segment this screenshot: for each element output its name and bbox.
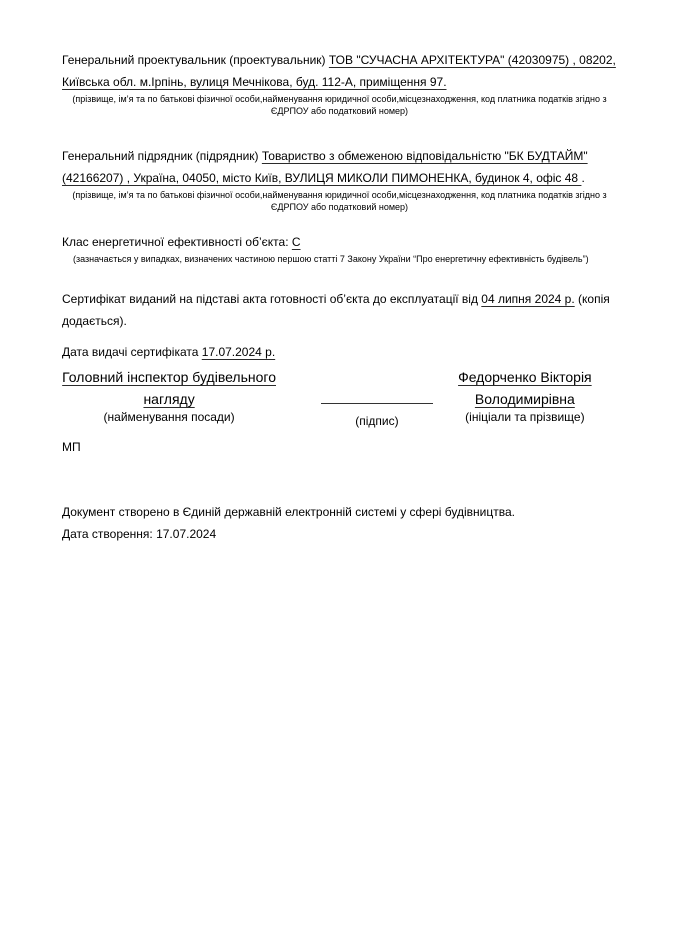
basis-date: 04 липня 2024 р. [481,292,574,306]
contractor-paragraph: Генеральний підрядник (підрядник) Товари… [62,145,617,189]
certificate-basis-paragraph: Сертифікат виданий на підставі акта гото… [62,288,617,332]
designer-paragraph: Генеральний проектувальник (проектувальн… [62,49,617,93]
issue-date-label: Дата видачі сертифіката [62,345,202,359]
contractor-label: Генеральний підрядник (підрядник) [62,149,262,163]
signature-line-column: (підпис) [321,403,433,424]
energy-class-label: Клас енергетичної ефективності об’єкта: [62,235,292,249]
signature-line [321,403,433,404]
signatory-position: Головний інспектор будівельного нагляду [62,366,276,410]
contractor-suffix: . [581,171,584,185]
signatory-position-column: Головний інспектор будівельного нагляду … [62,366,276,424]
signature-block: Головний інспектор будівельного нагляду … [62,366,617,424]
designer-label: Генеральний проектувальник (проектувальн… [62,53,329,67]
designer-note: (прізвище, ім’я та по батькові фізичної … [62,93,617,117]
basis-prefix: Сертифікат виданий на підставі акта гото… [62,292,481,306]
footer-system-line: Документ створено в Єдиній державній еле… [62,501,617,523]
position-caption: (найменування посади) [62,410,276,424]
stamp-mark: МП [62,436,617,458]
signatory-name-column: Федорченко Вікторія Володимирівна (ініці… [433,366,617,424]
contractor-note: (прізвище, ім’я та по батькові фізичної … [62,189,617,213]
issue-date-value: 17.07.2024 р. [202,345,275,359]
signature-caption: (підпис) [321,414,433,428]
energy-class-line: Клас енергетичної ефективності об’єкта: … [62,231,617,253]
document-footer: Документ створено в Єдиній державній еле… [62,501,617,545]
signatory-name: Федорченко Вікторія Володимирівна [433,366,617,410]
energy-class-note: (зазначається у випадках, визначених час… [62,253,617,265]
footer-creation-date: Дата створення: 17.07.2024 [62,523,617,545]
name-caption: (ініціали та прізвище) [433,410,617,424]
certificate-page: Генеральний проектувальник (проектувальн… [0,0,679,545]
issue-date-line: Дата видачі сертифіката 17.07.2024 р. [62,341,617,363]
energy-class-value: С [292,235,301,249]
